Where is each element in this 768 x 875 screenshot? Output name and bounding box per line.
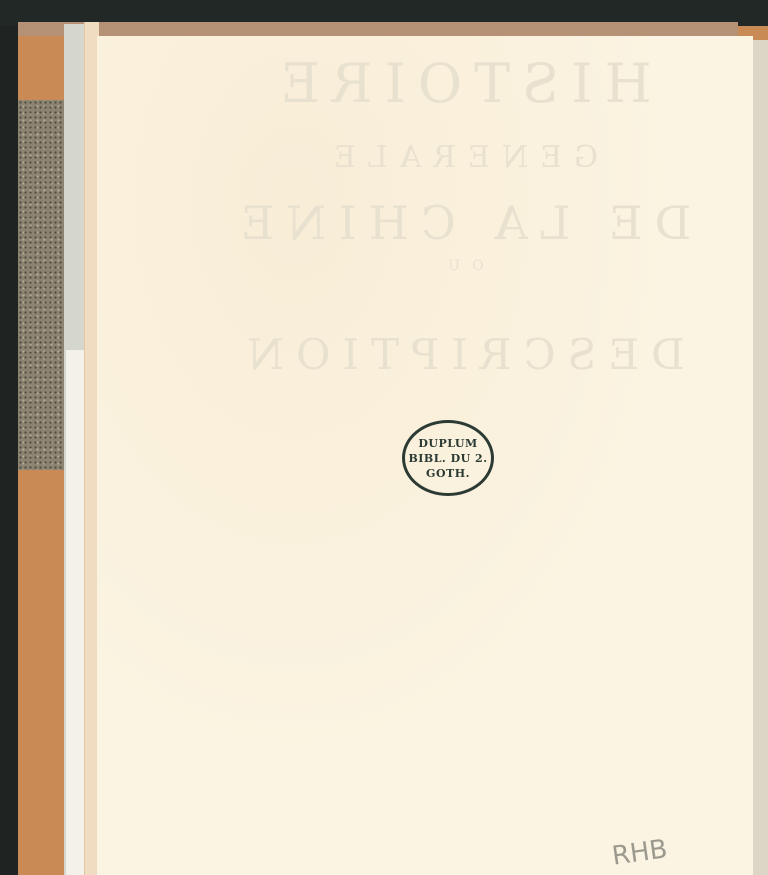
board-top-edge — [18, 22, 738, 36]
show-through-subtitle-2: DE LA CHINE — [200, 196, 720, 250]
stamp-line-3: GOTH. — [426, 466, 470, 481]
show-through-ou: OU — [200, 258, 720, 274]
show-through-subtitle: GENERALE — [200, 140, 720, 175]
show-through-description: DESCRIPTION — [200, 330, 720, 379]
library-stamp: DUPLUM BIBL. DU 2. GOTH. — [402, 420, 494, 496]
stamp-line-2: BIBL. DU 2. — [408, 451, 487, 466]
page-stack-edge — [753, 40, 768, 875]
marbled-paper — [18, 100, 64, 470]
show-through-title: HISTOIRE — [200, 52, 720, 115]
endpaper-white-strip — [66, 350, 84, 875]
stamp-line-1: DUPLUM — [418, 436, 477, 451]
